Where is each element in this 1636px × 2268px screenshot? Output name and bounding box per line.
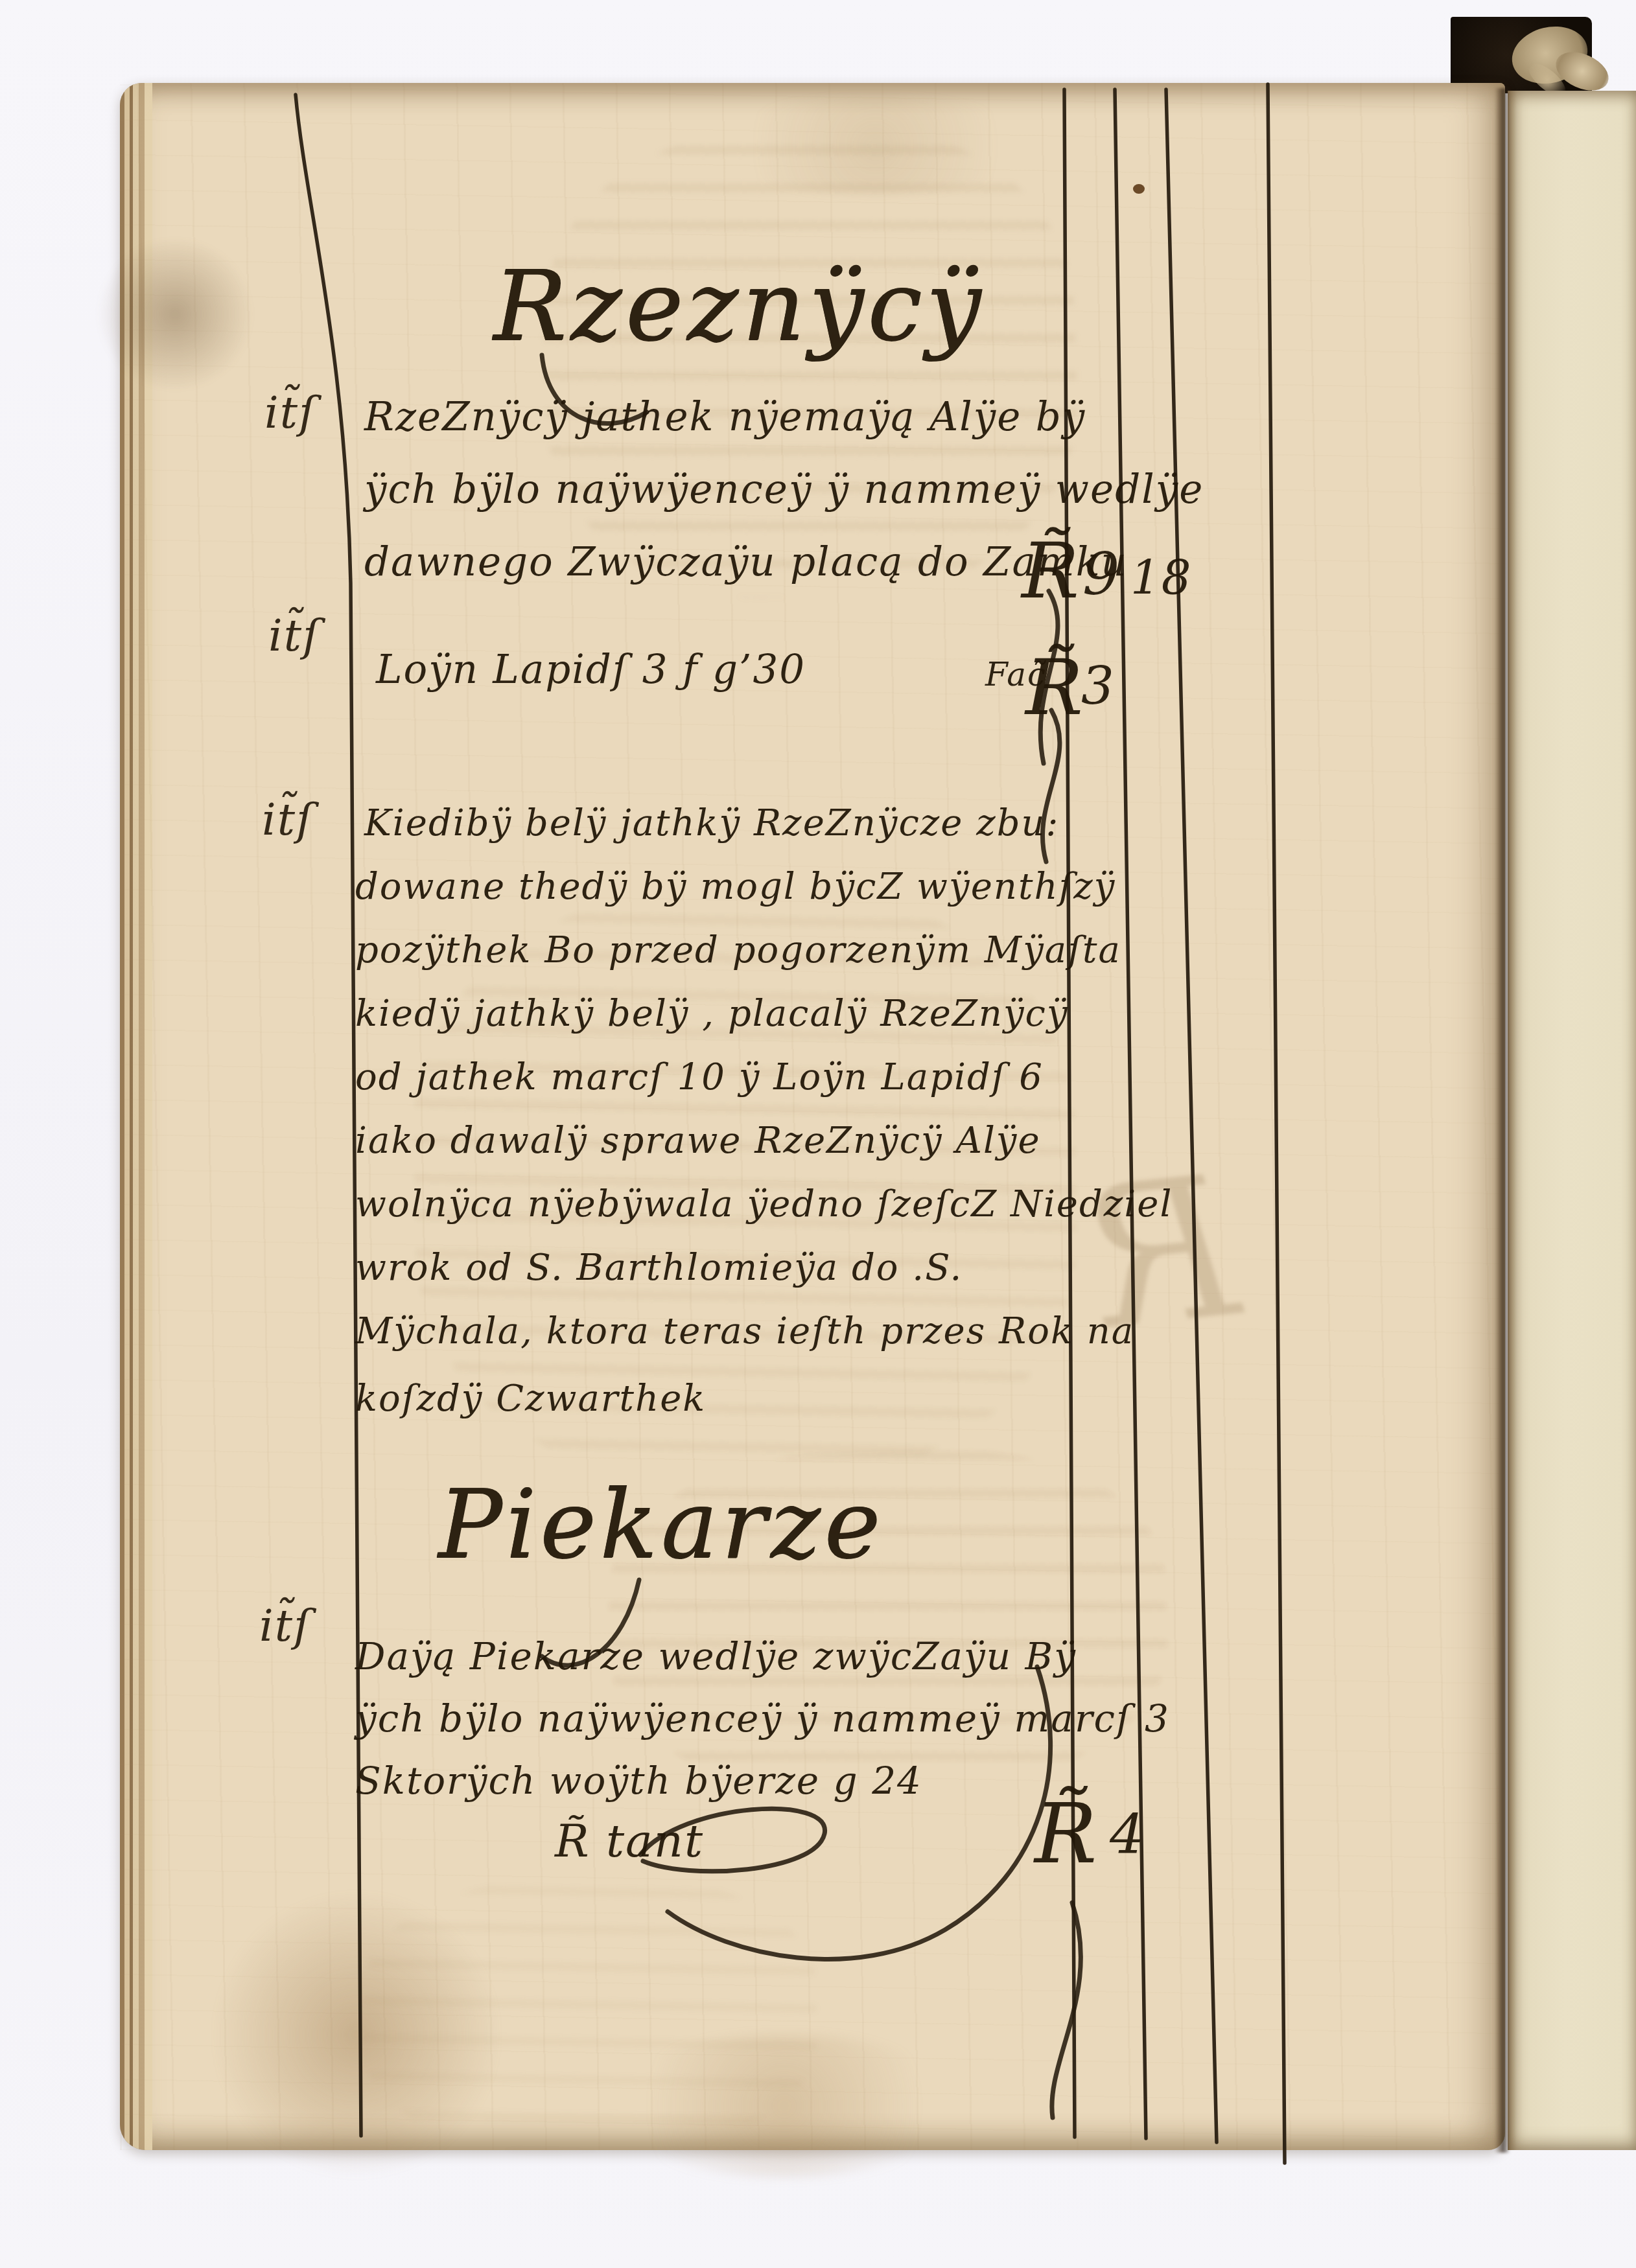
currency-mark: R̃ (1025, 643, 1084, 732)
page-gutter-crease (1495, 88, 1509, 2153)
entry-line: Sktorÿch woÿth bÿerze g 24 (355, 1759, 922, 1803)
amount-secondary: 18 (1130, 551, 1193, 605)
entry-line: kiedÿ jathkÿ belÿ , placalÿ RzeZnÿcÿ (355, 993, 1069, 1035)
entry-marker: it̃ſ (262, 794, 314, 846)
entry-line: wolnÿca nÿebÿwala ÿedno ſzeſcZ Niedziel (355, 1183, 1173, 1225)
amount-primary: 4 (1110, 1803, 1145, 1866)
amount-primary: 3 (1081, 656, 1116, 716)
entry-footer: R̃ tant (555, 1814, 704, 1868)
section-title-rzeznicy: Rzeznÿcÿ (454, 250, 1024, 363)
entry-line: ÿch bÿlo naÿwÿenceÿ ÿ nammeÿ wedlÿe (364, 467, 1204, 513)
entry-line: iako dawalÿ sprawe RzeZnÿcÿ Alÿe (355, 1120, 1041, 1162)
currency-mark: R̃ (1022, 526, 1081, 616)
page-stack-edge (120, 83, 152, 2150)
manuscript-page (120, 83, 1505, 2150)
entry-line: Kiedibÿ belÿ jathkÿ RzeZnÿcze zbu: (364, 802, 1059, 844)
entry-line: od jathek marcſ 10 ÿ Loÿn Lapidſ 6 (355, 1056, 1044, 1098)
entry-line: Mÿchala, ktora teras ieſth przes Rok na (355, 1310, 1134, 1352)
entry-line: koſzdÿ Czwarthek (355, 1378, 706, 1420)
entry-marker: it̃ſ (259, 1601, 311, 1652)
entry-line: Loÿn Lapidſ 3 ƒ g’30 (376, 647, 806, 693)
section-title-piekarze: Piekarze (402, 1470, 920, 1580)
entry-marker: it̃ſ (268, 610, 320, 662)
entry-line: pozÿthek Bo przed pogorzenÿm Mÿaſta (355, 929, 1121, 971)
entry-marker: it̃ſ (264, 388, 316, 439)
entry-line: dowane thedÿ bÿ mogl bÿcZ wÿenthſzÿ (355, 866, 1116, 908)
manuscript-scan: R Rzeznÿcÿ it̃ſ RzeZnÿcÿ j (0, 0, 1636, 2268)
facing-page-edge (1508, 91, 1636, 2150)
entry-line: wrok od S. Barthlomieÿa do .S. (355, 1247, 963, 1289)
currency-mark: R̃ (1034, 1786, 1098, 1882)
entry-line: RzeZnÿcÿ jathek nÿemaÿą Alÿe bÿ (364, 394, 1086, 440)
entry-line: ÿch bÿlo naÿwÿenceÿ ÿ nammeÿ marcſ 3 (355, 1696, 1170, 1741)
entry-line: dawnego Zwÿczaÿu placą do Zamku (364, 539, 1128, 585)
entry-line: Daÿą Piekarze wedlÿe zwÿcZaÿu Bÿ (355, 1634, 1077, 1678)
amount-primary: 9 (1082, 540, 1121, 608)
